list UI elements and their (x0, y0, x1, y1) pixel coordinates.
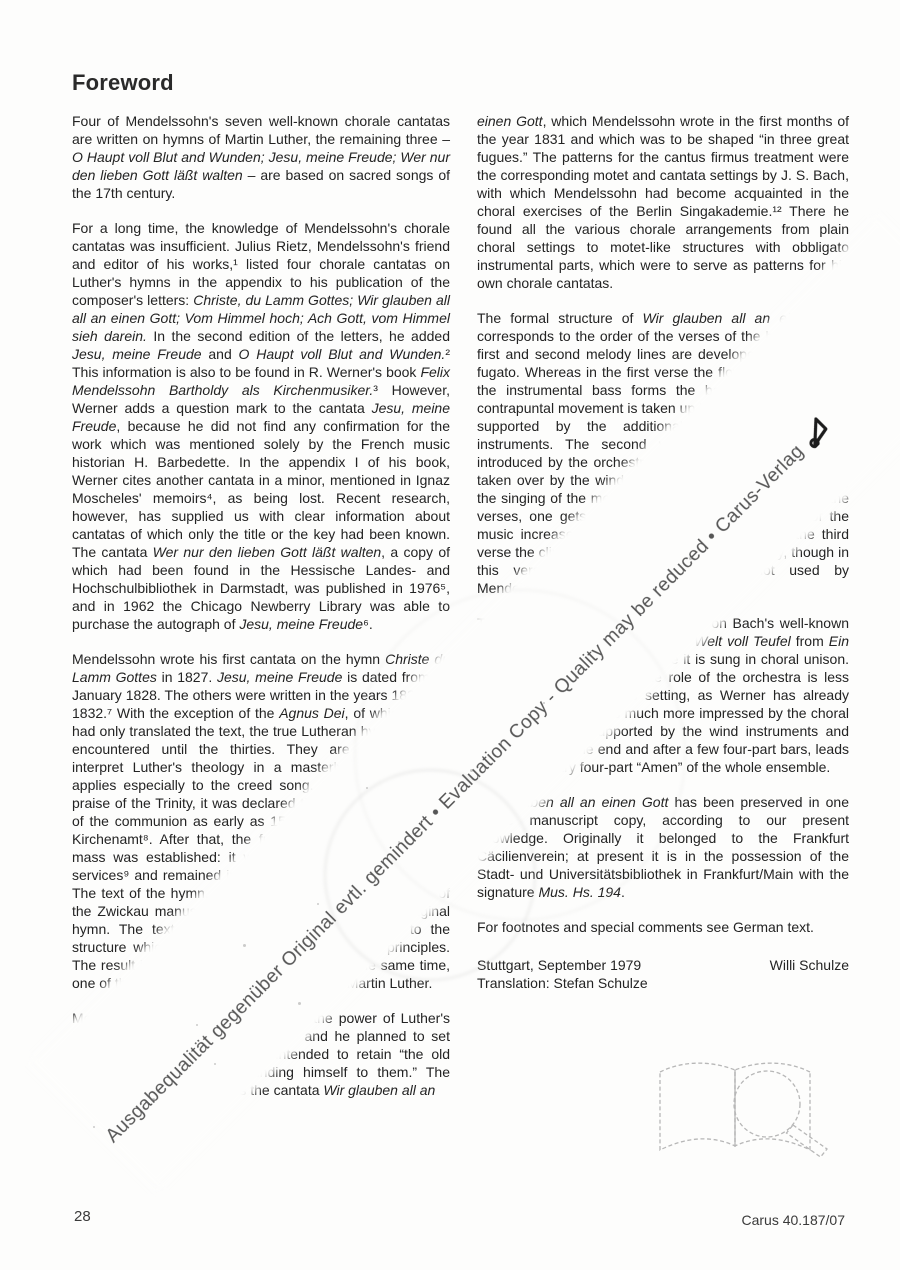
noise-speck (617, 636, 619, 638)
noise-speck (470, 769, 473, 772)
noise-speck (152, 1098, 155, 1101)
noise-speck (366, 787, 368, 789)
noise-speck (214, 1063, 216, 1065)
noise-speck (196, 1024, 198, 1026)
noise-speck (543, 702, 545, 704)
faint-scan-arcs (0, 0, 900, 1270)
noise-speck (398, 841, 400, 843)
noise-speck (298, 1002, 301, 1005)
noise-speck (689, 557, 692, 560)
noise-speck (748, 497, 750, 499)
scanned-foreword-page: Foreword Four of Mendelssohn's seven wel… (0, 0, 900, 1270)
noise-speck (243, 944, 246, 947)
noise-speck (93, 1126, 95, 1128)
noise-speck (317, 903, 319, 905)
